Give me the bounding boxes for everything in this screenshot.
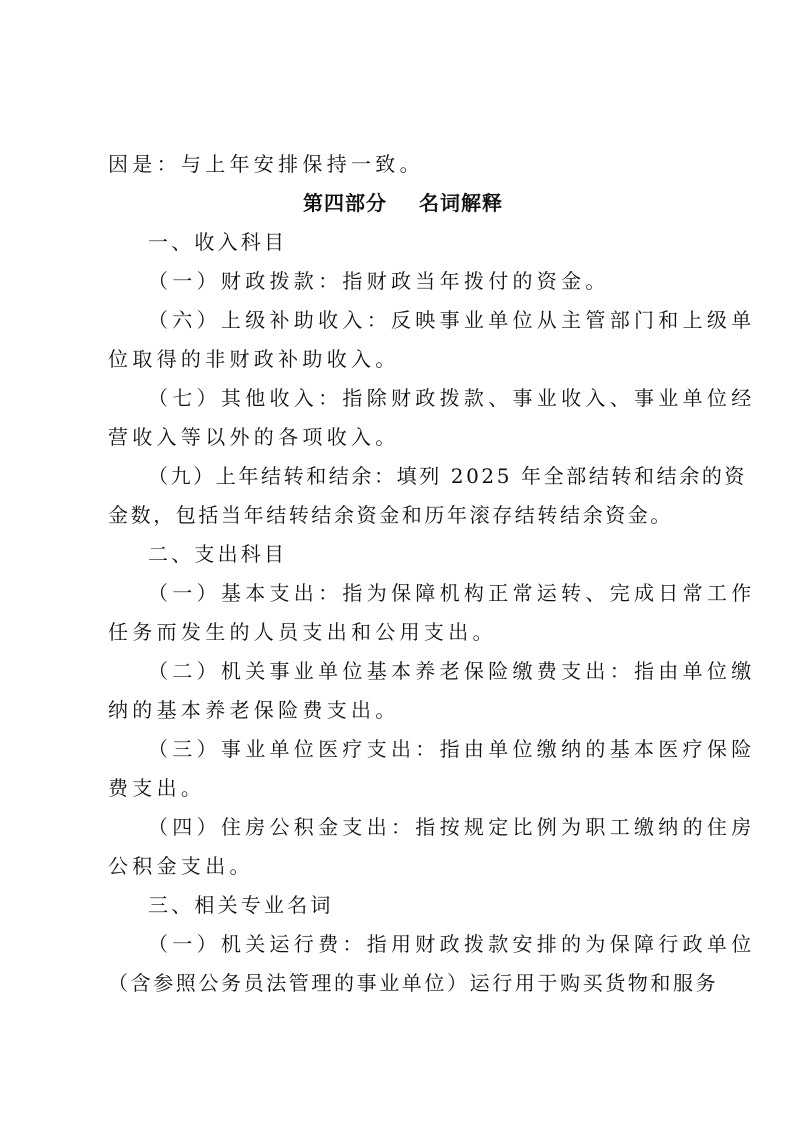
paragraph-line: （六）上级补助收入：反映事业单位从主管部门和上级单 — [108, 301, 688, 340]
paragraph-line: （三）事业单位医疗支出：指由单位缴纳的基本医疗保险 — [108, 730, 688, 769]
document-page: 因是：与上年安排保持一致。 第四部分名词解释 一、收入科目 （一）财政拨款：指财… — [108, 145, 688, 1003]
paragraph-line: （含参照公务员法管理的事业单位）运行用于购买货物和服务 — [108, 964, 688, 1003]
paragraph-line: 营收入等以外的各项收入。 — [108, 418, 688, 457]
paragraph-line: （九）上年结转和结余：填列 2025 年全部结转和结余的资 — [108, 457, 688, 496]
part-title: 第四部分名词解释 — [108, 184, 688, 223]
paragraph-line: （七）其他收入：指除财政拨款、事业收入、事业单位经 — [108, 379, 688, 418]
paragraph-line: 金数，包括当年结转结余资金和历年滚存结转结余资金。 — [108, 496, 688, 535]
paragraph-line: 费支出。 — [108, 769, 688, 808]
continuation-line: 因是：与上年安排保持一致。 — [108, 145, 688, 184]
part-title-number: 第四部分 — [303, 191, 387, 215]
paragraph-line: 位取得的非财政补助收入。 — [108, 340, 688, 379]
paragraph-line: 公积金支出。 — [108, 847, 688, 886]
paragraph-line: （一）机关运行费：指用财政拨款安排的为保障行政单位 — [108, 925, 688, 964]
section-heading-income: 一、收入科目 — [108, 223, 688, 262]
paragraph-line: （一）财政拨款：指财政当年拨付的资金。 — [108, 262, 688, 301]
paragraph-line: 任务而发生的人员支出和公用支出。 — [108, 613, 688, 652]
part-title-name: 名词解释 — [419, 191, 503, 215]
section-heading-terms: 三、相关专业名词 — [108, 886, 688, 925]
paragraph-line: 纳的基本养老保险费支出。 — [108, 691, 688, 730]
paragraph-line: （四）住房公积金支出：指按规定比例为职工缴纳的住房 — [108, 808, 688, 847]
section-heading-expenditure: 二、支出科目 — [108, 535, 688, 574]
paragraph-line: （一）基本支出：指为保障机构正常运转、完成日常工作 — [108, 574, 688, 613]
paragraph-line: （二）机关事业单位基本养老保险缴费支出：指由单位缴 — [108, 652, 688, 691]
